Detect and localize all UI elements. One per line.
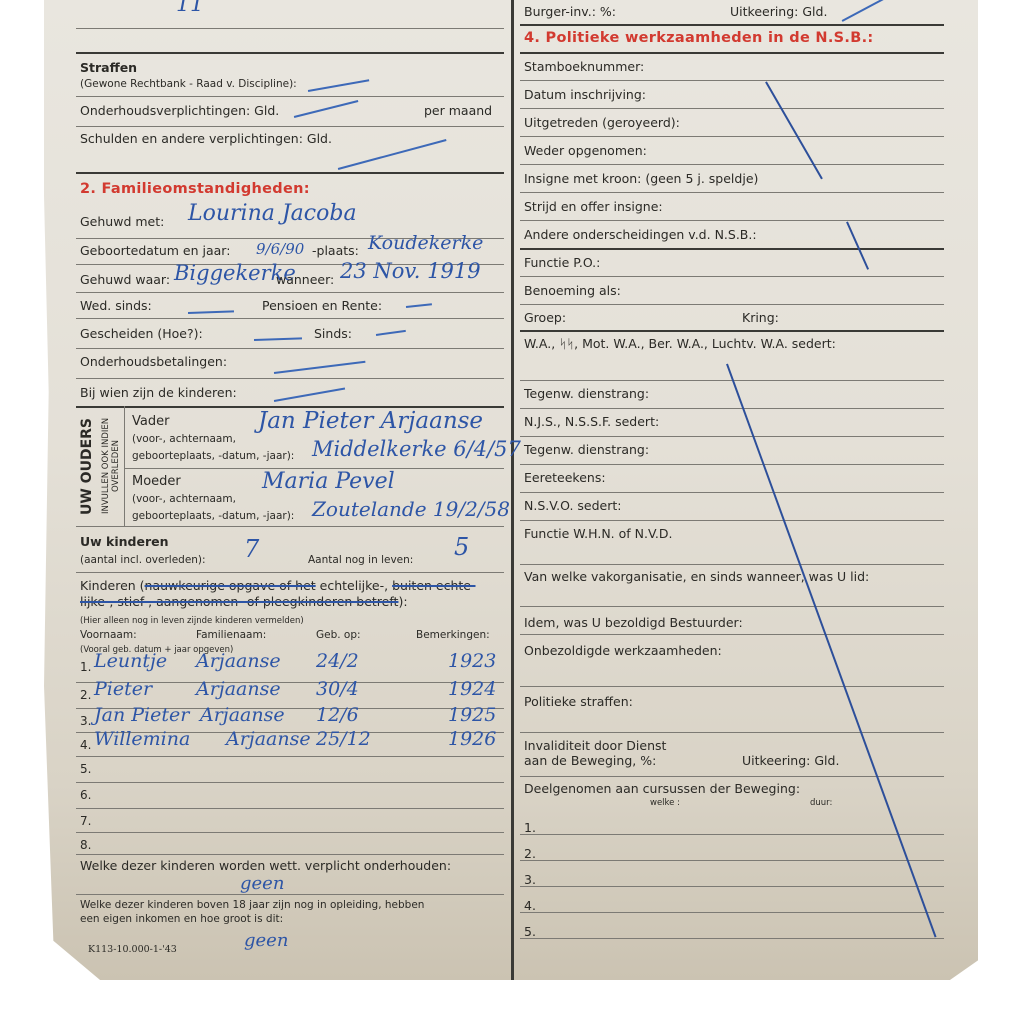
politieke-straffen-label: Politieke straffen: bbox=[524, 694, 633, 709]
child-familienaam: Arjaanse bbox=[200, 708, 285, 723]
uw-ouders-title: UW OUDERS bbox=[80, 414, 95, 518]
dash-mark bbox=[308, 79, 369, 91]
service-field-row: Functie W.H.N. of N.V.D. bbox=[520, 520, 944, 565]
groep-row: Groep: Kring: bbox=[520, 304, 944, 332]
vader-sub1: (voor-, achternaam, bbox=[132, 432, 236, 447]
schulden-label: Schulden en andere verplichtingen: Gld. bbox=[80, 131, 332, 146]
nsb-field-row: Stamboeknummer: bbox=[520, 52, 944, 81]
uitkeering-label: Uitkeering: Gld. bbox=[730, 4, 827, 19]
service-field-row: Tegenw. dienstrang: bbox=[520, 436, 944, 465]
service-field-label: N.J.S., N.S.S.F. sedert: bbox=[524, 414, 659, 429]
nsb-field-row: Uitgetreden (geroyeerd): bbox=[520, 108, 944, 137]
cursus-number: 5. bbox=[524, 924, 536, 939]
wed-sinds-row: Wed. sinds: Pensioen en Rente: bbox=[76, 292, 504, 319]
child-number: 6. bbox=[80, 788, 91, 803]
column-divider bbox=[511, 0, 514, 980]
kring-label: Kring: bbox=[742, 310, 779, 325]
col-bemerkingen: Bemerkingen: bbox=[416, 628, 490, 643]
child-birth-year: 1924 bbox=[448, 682, 496, 697]
service-field-row: N.J.S., N.S.S.F. sedert: bbox=[520, 408, 944, 437]
dash-mark bbox=[274, 388, 345, 402]
service-field-label: Tegenw. dienstrang: bbox=[524, 386, 649, 401]
child-number: 4. bbox=[80, 738, 91, 753]
geboortedatum-label: Geboortedatum en jaar: bbox=[80, 243, 230, 258]
child-number: 8. bbox=[80, 838, 91, 853]
bestuurder-label: Idem, was U bezoldigd Bestuurder: bbox=[524, 615, 743, 630]
invaliditeit-uitkeering: Uitkeering: Gld. bbox=[742, 753, 839, 768]
vakorganisatie-row: Van welke vakorganisatie, en sinds wanne… bbox=[520, 560, 944, 607]
service-field-label: Tegenw. dienstrang: bbox=[524, 442, 649, 457]
plaats-value: Koudekerke bbox=[368, 236, 483, 251]
child-birth-date: 12/6 bbox=[316, 708, 359, 723]
nsb-field-row: Functie P.O.: bbox=[520, 248, 944, 277]
children-title: Uw kinderen bbox=[80, 534, 169, 549]
straffen-row: Straffen (Gewone Rechtbank - Raad v. Dis… bbox=[76, 52, 504, 97]
children-count-label: (aantal incl. overleden): bbox=[80, 553, 206, 568]
nsb-field-label: Andere onderscheidingen v.d. N.S.B.: bbox=[524, 227, 757, 242]
cursussen-welke: welke : bbox=[650, 796, 680, 811]
children-count-row: Uw kinderen (aantal incl. overleden): 7 … bbox=[76, 526, 504, 573]
child-birth-year: 1923 bbox=[448, 654, 496, 669]
invaliditeit-label-1: Invaliditeit door Dienst bbox=[524, 738, 666, 753]
sinds-label: Sinds: bbox=[314, 326, 352, 341]
alive-label: Aantal nog in leven: bbox=[308, 553, 413, 568]
gehuwd-waar-row: Gehuwd waar: Biggekerke wanneer: 23 Nov.… bbox=[76, 264, 504, 293]
moeder-sub1: (voor-, achternaam, bbox=[132, 492, 236, 507]
moeder-section: Moeder (voor-, achternaam, geboorteplaat… bbox=[124, 468, 504, 526]
cursus-row: 1. bbox=[520, 834, 944, 861]
dash-mark bbox=[294, 100, 358, 117]
child-birth-date: 30/4 bbox=[316, 682, 359, 697]
wa-row: W.A., ᛋᛋ, Mot. W.A., Ber. W.A., Luchtv. … bbox=[520, 330, 944, 381]
cursus-row: 2. bbox=[520, 860, 944, 887]
child-birth-date: 25/12 bbox=[316, 732, 371, 747]
nsb-field-row: Weder opgenomen: bbox=[520, 136, 944, 165]
moeder-name: Maria Pevel bbox=[262, 474, 395, 489]
child-number: 3. bbox=[80, 714, 91, 729]
bij-wien-row: Bij wien zijn de kinderen: bbox=[76, 378, 504, 408]
gehuwd-met-value: Lourina Jacoba bbox=[188, 206, 357, 221]
invaliditeit-row: Invaliditeit door Dienst aan de Beweging… bbox=[520, 732, 944, 777]
child-birth-year: 1925 bbox=[448, 708, 496, 723]
schulden-row: Schulden en andere verplichtingen: Gld. bbox=[76, 126, 504, 174]
children-count-value: 7 bbox=[244, 542, 259, 557]
section-2-title: 2. Familieomstandigheden: bbox=[80, 182, 310, 197]
col-voornaam: Voornaam: bbox=[80, 628, 137, 643]
nsb-field-label: Functie P.O.: bbox=[524, 255, 600, 270]
nsb-field-label: Strijd en offer insigne: bbox=[524, 199, 663, 214]
nsb-field-row: Datum inschrijving: bbox=[520, 80, 944, 109]
dash-mark bbox=[274, 361, 365, 374]
child-row: 5. bbox=[76, 756, 504, 783]
blank-line bbox=[76, 0, 504, 29]
parents-block: UW OUDERS INVULLEN OOK INDIEN OVERLEDEN … bbox=[76, 406, 504, 527]
bij-wien-label: Bij wien zijn de kinderen: bbox=[80, 385, 237, 400]
service-field-row: N.S.V.O. sedert: bbox=[520, 492, 944, 521]
child-familienaam: Arjaanse bbox=[196, 682, 281, 697]
nsb-field-row: Andere onderscheidingen v.d. N.S.B.: bbox=[520, 220, 944, 250]
gehuwd-waar-label: Gehuwd waar: bbox=[80, 272, 170, 287]
form-code: K113-10.000-1-'43 bbox=[88, 944, 177, 955]
boven18-row: Welke dezer kinderen boven 18 jaar zijn … bbox=[76, 894, 504, 934]
boven18-label-2: een eigen inkomen en hoe groot is dit: bbox=[80, 912, 283, 927]
straffen-subtitle: (Gewone Rechtbank - Raad v. Discipline): bbox=[80, 77, 297, 92]
kinderen-instruction: Kinderen (nauwkeurige opgave of het echt… bbox=[80, 578, 500, 610]
politieke-straffen-row: Politieke straffen: bbox=[520, 686, 944, 733]
nsb-field-label: Datum inschrijving: bbox=[524, 87, 646, 102]
child-familienaam: Arjaanse bbox=[226, 732, 311, 747]
service-field-label: Functie W.H.N. of N.V.D. bbox=[524, 526, 672, 541]
child-voornaam: Leuntje bbox=[94, 654, 167, 669]
gehuwd-met-label: Gehuwd met: bbox=[80, 214, 164, 229]
dash-mark bbox=[338, 139, 447, 169]
cursussen-label: Deelgenomen aan cursussen der Beweging: bbox=[524, 781, 800, 796]
nsb-field-label: Benoeming als: bbox=[524, 283, 621, 298]
onderhoud-row: Onderhoudsverplichtingen: Gld. per maand bbox=[76, 96, 504, 127]
dash-mark bbox=[254, 337, 302, 340]
dash-mark bbox=[188, 310, 234, 313]
service-field-label: N.S.V.O. sedert: bbox=[524, 498, 622, 513]
child-number: 1. bbox=[80, 660, 91, 675]
service-field-row: Tegenw. dienstrang: bbox=[520, 380, 944, 409]
col-geb-op: Geb. op: bbox=[316, 628, 361, 643]
boven18-value: geen bbox=[244, 930, 288, 951]
service-field-label: Eereteekens: bbox=[524, 470, 606, 485]
cursussen-duur: duur: bbox=[810, 796, 832, 811]
onbezoldigd-label: Onbezoldigde werkzaamheden: bbox=[524, 643, 722, 658]
dash-mark bbox=[842, 0, 896, 21]
dash-mark bbox=[376, 330, 406, 336]
col-familienaam: Familienaam: bbox=[196, 628, 266, 643]
gescheiden-label: Gescheiden (Hoe?): bbox=[80, 326, 203, 341]
cursus-number: 3. bbox=[524, 872, 536, 887]
moeder-sub2: geboorteplaats, -datum, -jaar): bbox=[132, 509, 294, 524]
wed-sinds-label: Wed. sinds: bbox=[80, 298, 152, 313]
cursus-number: 2. bbox=[524, 846, 536, 861]
child-birth-date: 24/2 bbox=[316, 654, 359, 669]
child-birth-year: 1926 bbox=[448, 732, 496, 747]
pensioen-label: Pensioen en Rente: bbox=[262, 298, 382, 313]
section-4-title: 4. Politieke werkzaamheden in de N.S.B.: bbox=[524, 31, 874, 46]
straffen-title: Straffen bbox=[80, 60, 137, 75]
onderhoud-label: Onderhoudsverplichtingen: Gld. bbox=[80, 103, 279, 118]
alive-value: 5 bbox=[454, 540, 469, 555]
gescheiden-row: Gescheiden (Hoe?): Sinds: bbox=[76, 318, 504, 349]
overleden-text: OVERLEDEN bbox=[109, 410, 124, 522]
cursus-row: 5. bbox=[520, 938, 944, 964]
child-row: 6. bbox=[76, 782, 504, 809]
bestuurder-row: Idem, was U bezoldigd Bestuurder: bbox=[520, 606, 944, 635]
child-familienaam: Arjaanse bbox=[196, 654, 281, 669]
verplicht-label: Welke dezer kinderen worden wett. verpli… bbox=[80, 858, 451, 873]
onderhoudsbetalingen-row: Onderhoudsbetalingen: bbox=[76, 348, 504, 379]
service-field-row: Eereteekens: bbox=[520, 464, 944, 493]
child-voornaam: Jan Pieter bbox=[94, 708, 189, 723]
nsb-field-row: Benoeming als: bbox=[520, 276, 944, 305]
vader-birth: Middelkerke 6/4/57 bbox=[312, 442, 521, 457]
groep-label: Groep: bbox=[524, 310, 566, 325]
dash-mark bbox=[406, 303, 432, 307]
vader-name: Jan Pieter Arjaanse bbox=[258, 414, 483, 429]
child-row: 7. bbox=[76, 808, 504, 833]
child-voornaam: Pieter bbox=[94, 682, 152, 697]
nsb-field-row: Strijd en offer insigne: bbox=[520, 192, 944, 221]
cursus-row: 3. bbox=[520, 886, 944, 913]
cursus-row: 4. bbox=[520, 912, 944, 939]
per-maand-label: per maand bbox=[424, 103, 492, 118]
burger-inv-row: Burger-inv.: %: Uitkeering: Gld. bbox=[520, 0, 944, 26]
vader-sub2: geboorteplaats, -datum, -jaar): bbox=[132, 449, 294, 464]
onbezoldigd-row: Onbezoldigde werkzaamheden: bbox=[520, 634, 944, 687]
child-voornaam: Willemina bbox=[94, 732, 190, 747]
boven18-label-1: Welke dezer kinderen boven 18 jaar zijn … bbox=[80, 898, 424, 913]
plaats-label: -plaats: bbox=[312, 243, 359, 258]
vakorganisatie-label: Van welke vakorganisatie, en sinds wanne… bbox=[524, 569, 869, 584]
moeder-label: Moeder bbox=[132, 474, 181, 489]
nsb-field-label: Stamboeknummer: bbox=[524, 59, 644, 74]
verplicht-value: geen bbox=[240, 876, 284, 891]
kinderen-instruction-row: Kinderen (nauwkeurige opgave of het echt… bbox=[76, 572, 504, 624]
parents-side-label: UW OUDERS INVULLEN OOK INDIEN OVERLEDEN bbox=[76, 406, 125, 526]
wanneer-label: wanneer: bbox=[276, 272, 334, 287]
child-row: 4.WilleminaArjaanse25/121926 bbox=[76, 732, 504, 757]
nsb-field-label: Weder opgenomen: bbox=[524, 143, 647, 158]
blank-line bbox=[76, 28, 504, 54]
invaliditeit-label-2: aan de Beweging, %: bbox=[524, 753, 656, 768]
vader-label: Vader bbox=[132, 414, 169, 429]
geboortedatum-value: 9/6/90 bbox=[256, 242, 304, 257]
cursus-number: 4. bbox=[524, 898, 536, 913]
wa-label: W.A., ᛋᛋ, Mot. W.A., Ber. W.A., Luchtv. … bbox=[524, 336, 836, 351]
child-number: 5. bbox=[80, 762, 91, 777]
moeder-birth: Zoutelande 19/2/58 bbox=[312, 502, 510, 517]
wanneer-value: 23 Nov. 1919 bbox=[340, 264, 481, 279]
cursus-number: 1. bbox=[524, 820, 536, 835]
nsb-field-label: Uitgetreden (geroyeerd): bbox=[524, 115, 680, 130]
verplicht-row: Welke dezer kinderen worden wett. verpli… bbox=[76, 852, 504, 895]
child-number: 7. bbox=[80, 814, 91, 829]
vader-section: Vader (voor-, achternaam, geboorteplaats… bbox=[124, 406, 504, 469]
child-number: 2. bbox=[80, 688, 91, 703]
onderhoudsbetalingen-label: Onderhoudsbetalingen: bbox=[80, 354, 227, 369]
burger-inv-label: Burger-inv.: %: bbox=[524, 4, 616, 19]
nsb-field-row: Insigne met kroon: (geen 5 j. speldje) bbox=[520, 164, 944, 193]
nsb-field-label: Insigne met kroon: (geen 5 j. speldje) bbox=[524, 171, 758, 186]
section-4-header: 4. Politieke werkzaamheden in de N.S.B.: bbox=[520, 24, 944, 54]
